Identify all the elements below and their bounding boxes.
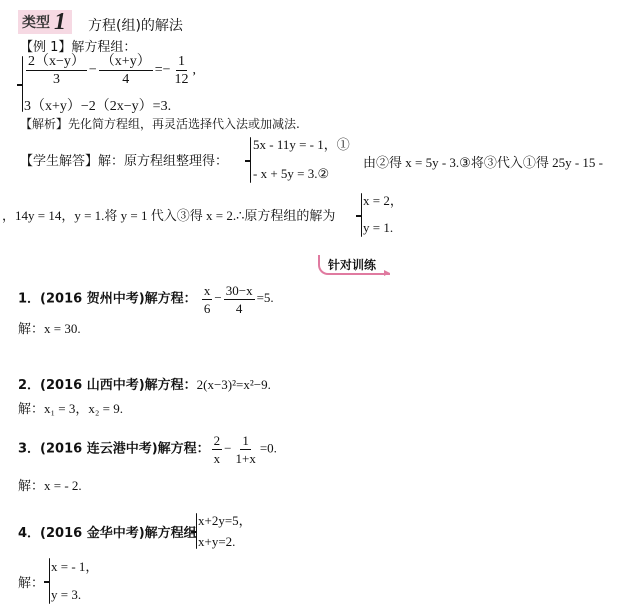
training-badge: 针对训练 bbox=[318, 255, 390, 275]
problem-4-ans-line1: x = - 1， bbox=[51, 556, 98, 575]
training-label: 针对训练 bbox=[328, 256, 376, 273]
arrow-icon bbox=[384, 270, 390, 276]
type-badge: 类型 1 bbox=[18, 10, 72, 34]
student-answer-label: 【学生解答】解：原方程组整理得： bbox=[20, 150, 228, 169]
problem-4-answer-brace bbox=[49, 558, 50, 604]
problem-4-answer-label: 解： bbox=[18, 572, 44, 591]
student-sys-line1: 5x - 11y = - 1，① bbox=[253, 134, 350, 153]
problem-1-answer: 解：x = 30. bbox=[18, 318, 81, 337]
type-label: 类型 bbox=[22, 12, 50, 32]
problem-1: 1．(2016 贺州中考)解方程： x6−30−x4=5. bbox=[18, 282, 274, 317]
problem-4-sys-line1: x+2y=5， bbox=[198, 510, 252, 529]
problem-2: 2．(2016 山西中考)解方程：2(x−3)²=x²−9. bbox=[18, 374, 271, 393]
problem-3: 3．(2016 连云港中考)解方程：2x−11+x=0. bbox=[18, 432, 277, 467]
student-continue-text: 由②得 x = 5y - 3.③将③代入①得 25y - 15 - bbox=[363, 152, 603, 171]
problem-4-brace bbox=[196, 513, 197, 549]
section-title: 方程(组)的解法 bbox=[88, 15, 183, 35]
problem-3-answer: 解：x = - 2. bbox=[18, 475, 82, 494]
example-eq2: 3（x+y）−2（2x−y）=3. bbox=[24, 95, 171, 115]
student-sys-line2: - x + 5y = 3.② bbox=[253, 166, 329, 182]
problem-4-sys-line2: x+y=2. bbox=[198, 534, 235, 550]
solution-line1: x = 2， bbox=[363, 190, 403, 209]
solution-line2: y = 1. bbox=[363, 220, 393, 236]
example-brace bbox=[22, 56, 23, 112]
example-eq1: 2（x−y）3−（x+y）4=−112, bbox=[24, 53, 196, 88]
solution-brace bbox=[361, 193, 362, 237]
student-line3: ，14y = 14，y = 1.将 y = 1 代入③得 x = 2.∴原方程组… bbox=[2, 205, 335, 224]
problem-4: 4．(2016 金华中考)解方程组 bbox=[18, 522, 197, 541]
analysis-text: 【解析】先化简方程组，再灵活选择代入法或加减法. bbox=[20, 115, 300, 132]
type-number: 1 bbox=[54, 9, 66, 36]
problem-4-ans-line2: y = 3. bbox=[51, 587, 81, 603]
student-system-brace bbox=[250, 137, 251, 183]
problem-2-answer: 解：x₁ = 3，x₂ = 9. bbox=[18, 398, 123, 417]
